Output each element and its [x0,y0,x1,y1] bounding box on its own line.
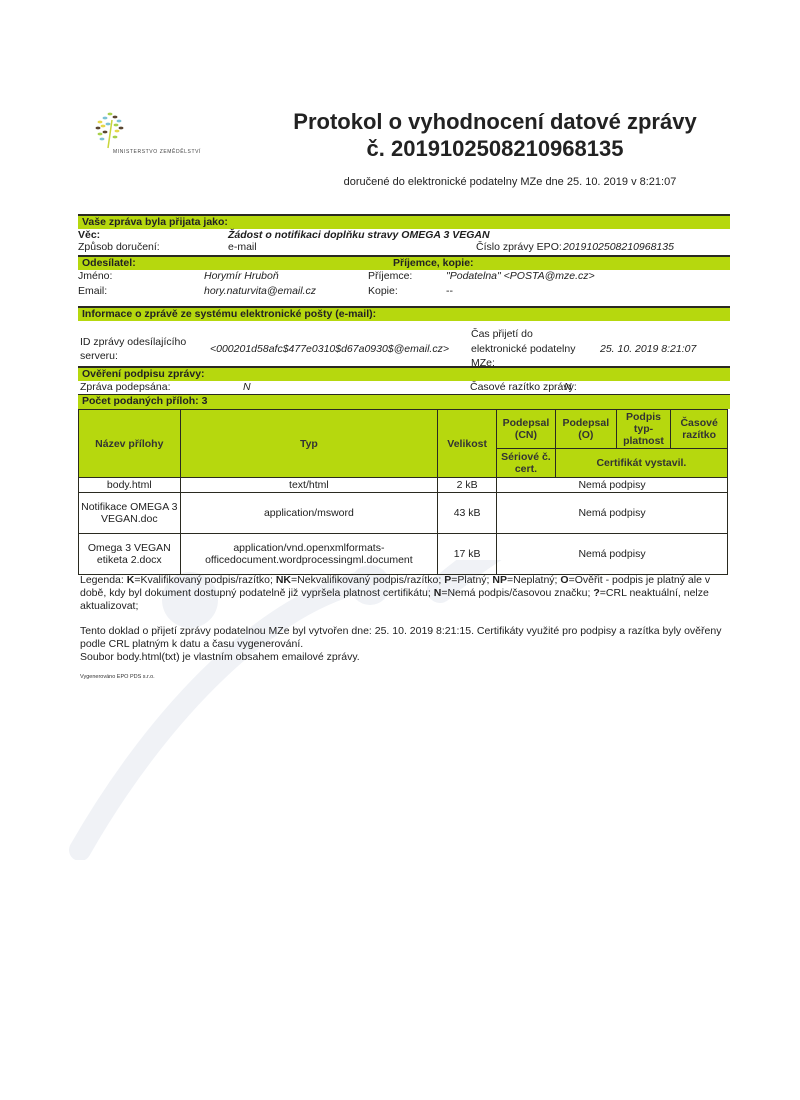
timestamp-label: Časové razítko zprávy: [470,381,577,393]
signed-value: N [243,381,251,393]
note-line-2: Soubor body.html(txt) je vlastním obsahe… [80,651,735,664]
note-line-1: Tento doklad o přijetí zprávy podatelnou… [80,625,735,651]
table-row: Notifikace OMEGA 3 VEGAN.doc application… [79,493,728,534]
col-serial: Sériové č. cert. [497,449,556,478]
id-label-2: serveru: [80,350,118,362]
table-row: body.html text/html 2 kB Nemá podpisy [79,478,728,493]
col-timestamp: Časové razítko [671,410,728,449]
copy-label: Kopie: [368,285,398,297]
sender-recipient-section: Odesílatel: Příjemce, kopie: Jméno: Hory… [78,255,730,297]
col-name: Název přílohy [79,410,181,478]
attachment-signatures: Nemá podpisy [497,478,728,493]
attachment-signatures: Nemá podpisy [497,493,728,534]
signed-label: Zpráva podepsána: [80,381,170,393]
attachment-type: application/msword [180,493,438,534]
accepted-heading: Vaše zpráva byla přijata jako: [78,214,730,229]
legend-key: NK [276,574,291,586]
ministry-logo-text: Ministerstvo zemědělství [113,149,201,155]
time-label-1: Čas přijetí do [471,328,533,340]
sender-recipient-heading: Odesílatel: Příjemce, kopie: [78,255,730,270]
signature-heading: Ověření podpisu zprávy: [78,366,730,381]
page-title: Protokol o vyhodnocení datové zprávy č. … [270,108,720,162]
delivery-value: e-mail [228,241,257,253]
col-sig-type: Podpis typ-platnost [616,410,671,449]
attachment-size: 17 kB [438,534,497,575]
legend-text: =Platný; [451,574,492,586]
sender-email-label: Email: [78,285,107,297]
attachments-heading: Počet podaných příloh: 3 [78,394,730,409]
attachment-type: text/html [180,478,438,493]
col-signed-o: Podepsal (O) [555,410,616,449]
delivery-subtitle: doručené do elektronické podatelny MZe d… [300,176,720,188]
message-id-value: <000201d58afc$477e0310$d67a0930$@email.c… [210,343,449,355]
time-label-2: elektronické podatelny [471,343,575,355]
time-value: 25. 10. 2019 8:21:07 [600,343,696,355]
attachments-section: Počet podaných příloh: 3 [78,394,730,409]
col-issuer: Certifikát vystavil. [555,449,727,478]
col-signed-cn: Podepsal (CN) [497,410,556,449]
attachment-name[interactable]: Notifikace OMEGA 3 VEGAN.doc [79,493,181,534]
receipt-note: Tento doklad o přijetí zprávy podatelnou… [80,625,735,664]
attachment-signatures: Nemá podpisy [497,534,728,575]
legend: Legenda: K=Kvalifikovaný podpis/razítko;… [80,574,735,613]
delivery-label: Způsob doručení: [78,241,160,253]
copy-value: -- [446,285,453,297]
attachment-size: 43 kB [438,493,497,534]
attachment-name[interactable]: body.html [79,478,181,493]
generated-by: Vygenerováno EPO PDS s.r.o. [80,674,155,680]
recipient-heading: Příjemce, kopie: [393,257,474,270]
legend-key: NP [492,574,507,586]
subject-label: Věc: [78,229,100,241]
sender-heading: Odesílatel: [82,257,136,269]
epo-label: Číslo zprávy EPO: [476,241,562,253]
table-row: Omega 3 VEGAN etiketa 2.docx application… [79,534,728,575]
email-info-section: Informace o zprávě ze systému elektronic… [78,306,730,369]
legend-text: =Nekvalifikovaný podpis/razítko; [291,574,444,586]
attachment-size: 2 kB [438,478,497,493]
legend-key: O [560,574,568,586]
attachment-name[interactable]: Omega 3 VEGAN etiketa 2.docx [79,534,181,575]
col-type: Typ [180,410,438,478]
subject-value: Žádost o notifikaci doplňku stravy OMEGA… [228,229,490,241]
accepted-section: Vaše zpráva byla přijata jako: Věc: Žádo… [78,214,730,253]
sender-name-value: Horymír Hruboň [204,270,279,282]
protocol-number: č. 201910250821096813​5 [270,135,720,162]
col-size: Velikost [438,410,497,478]
legend-text: =Neplatný; [507,574,560,586]
sender-name-label: Jméno: [78,270,112,282]
title-line-1: Protokol o vyhodnocení datové zprávy [270,108,720,135]
legend-text: =Nemá podpis/časovou značku; [441,587,593,599]
legend-text: =Kvalifikovaný podpis/razítko; [134,574,276,586]
attachments-table: Název přílohy Typ Velikost Podepsal (CN)… [78,409,728,575]
signature-section: Ověření podpisu zprávy: Zpráva podepsána… [78,366,730,393]
recipient-label: Příjemce: [368,270,412,282]
attachment-type: application/vnd.openxmlformats-officedoc… [180,534,438,575]
id-label-1: ID zprávy odesílajícího [80,336,186,348]
epo-value: 201910250821096813​5 [563,241,674,253]
timestamp-value: N [564,381,572,393]
email-info-heading: Informace o zprávě ze systému elektronic… [78,306,730,321]
recipient-value: "Podatelna" <POSTA@mze.cz> [446,270,595,282]
legend-prefix: Legenda: [80,574,127,586]
sender-email-value: hory.naturvita@email.cz [204,285,316,297]
